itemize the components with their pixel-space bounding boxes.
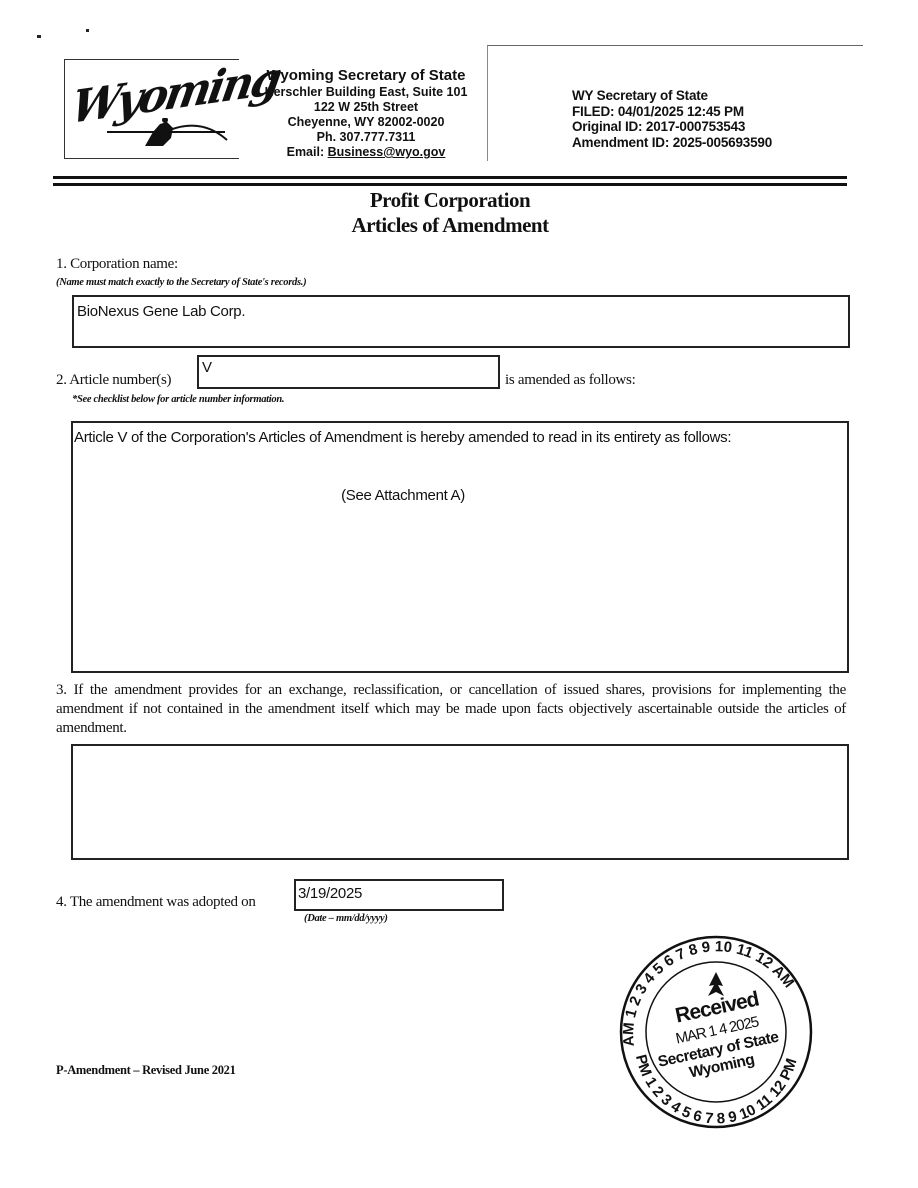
article-number-field[interactable]: V (197, 355, 500, 389)
adoption-date-label: 4. The amendment was adopted on (56, 894, 256, 911)
corporation-name-note: (Name must match exactly to the Secretar… (56, 277, 306, 288)
adoption-date-field[interactable]: 3/19/2025 (294, 879, 504, 911)
email-label: Email: (287, 145, 328, 159)
amended-as-follows-label: is amended as follows: (505, 372, 635, 389)
bucking-horse-icon (105, 118, 235, 148)
article-number-label: 2. Article number(s) (56, 372, 171, 389)
share-provisions-label: 3. If the amendment provides for an exch… (56, 681, 846, 738)
scan-speck (86, 29, 89, 32)
article-number-value: V (202, 359, 212, 376)
city-line: Cheyenne, WY 82002-0020 (250, 115, 482, 130)
corporation-name-value: BioNexus Gene Lab Corp. (77, 303, 245, 320)
address-line2: 122 W 25th Street (250, 100, 482, 115)
wyoming-logo: Wyoming (64, 59, 239, 159)
received-stamp: AM 1 2 3 4 5 6 7 8 9 10 11 12 AM PM 1 2 … (612, 934, 818, 1130)
attachment-reference: (See Attachment A) (73, 487, 733, 504)
scan-speck (37, 35, 41, 38)
adoption-date-note: (Date – mm/dd/yyyy) (304, 913, 388, 924)
original-id: Original ID: 2017-000753543 (572, 119, 772, 135)
amendment-text: Article V of the Corporation's Articles … (74, 429, 834, 447)
adoption-date-value: 3/19/2025 (298, 885, 362, 902)
filing-agency: WY Secretary of State (572, 88, 772, 104)
share-provisions-field[interactable] (71, 744, 849, 860)
tree-icon (708, 972, 724, 996)
article-number-note: *See checklist below for article number … (72, 394, 284, 405)
corporation-name-label: 1. Corporation name: (56, 256, 178, 273)
address-line1: Herschler Building East, Suite 101 (250, 85, 482, 100)
phone: Ph. 307.777.7311 (250, 130, 482, 145)
header-divider (53, 183, 847, 186)
email-link[interactable]: Business@wyo.gov (328, 145, 446, 159)
email-line: Email: Business@wyo.gov (250, 145, 482, 160)
filed-datetime: FILED: 04/01/2025 12:45 PM (572, 104, 772, 120)
form-title-line1: Profit Corporation (0, 188, 900, 213)
office-name: Wyoming Secretary of State (250, 67, 482, 85)
header-divider (53, 176, 847, 179)
office-address: Wyoming Secretary of State Herschler Bui… (250, 67, 482, 160)
corporation-name-field[interactable]: BioNexus Gene Lab Corp. (72, 295, 850, 348)
form-revision: P-Amendment – Revised June 2021 (56, 1063, 236, 1078)
filing-stamp: WY Secretary of State FILED: 04/01/2025 … (572, 88, 772, 150)
amendment-id: Amendment ID: 2025-005693590 (572, 135, 772, 151)
form-title-line2: Articles of Amendment (0, 213, 900, 238)
amendment-text-field[interactable]: Article V of the Corporation's Articles … (71, 421, 849, 673)
